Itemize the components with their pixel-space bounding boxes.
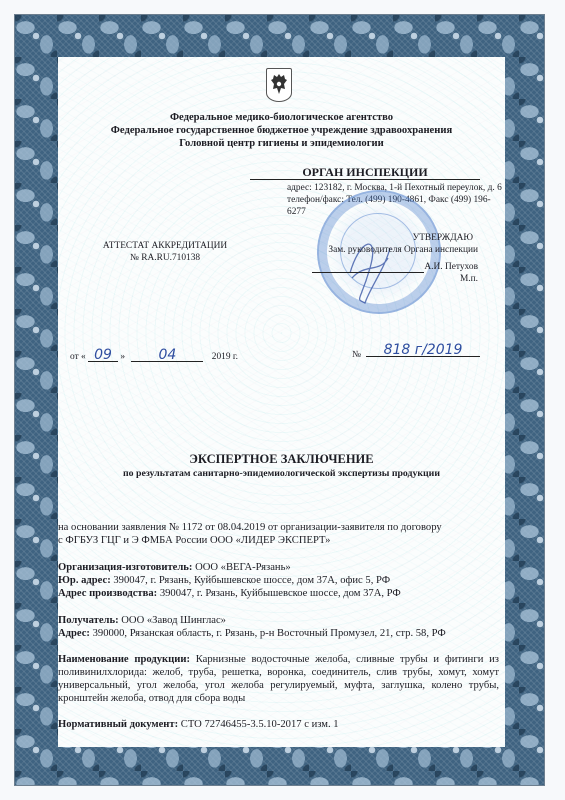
date-number-line: от « 09 » 04 2019 г. № 818 г/2019	[70, 349, 490, 363]
normative-label: Нормативный документ:	[58, 719, 178, 730]
manufacturer-label: Организация-изготовитель:	[58, 562, 192, 573]
document-page	[58, 57, 505, 747]
seal-mark: М.п.	[300, 273, 478, 285]
document-title-block: ЭКСПЕРТНОЕ ЗАКЛЮЧЕНИЕ по результатам сан…	[58, 452, 505, 480]
manufacturer-value: ООО «ВЕГА-Рязань»	[192, 562, 290, 573]
date-day: 09	[88, 349, 118, 362]
basis-line-2: с ФГБУЗ ГЦГ и Э ФМБА России ООО «ЛИДЕР Э…	[58, 534, 508, 547]
signature-line	[312, 272, 424, 273]
recipient-address-label: Адрес:	[58, 628, 90, 639]
center-name: Головной центр гигиены и эпидемиологии	[58, 137, 505, 150]
agency-header: Федеральное медико-биологическое агентст…	[58, 111, 505, 150]
normative-value: СТО 72746455-3.5.10-2017 с изм. 1	[178, 719, 338, 730]
signatory-name: А.И. Петухов	[424, 262, 478, 272]
document-title: ЭКСПЕРТНОЕ ЗАКЛЮЧЕНИЕ	[58, 452, 505, 467]
document-subtitle: по результатам санитарно-эпидемиологичес…	[58, 467, 505, 480]
date-year: 2019 г.	[212, 352, 238, 362]
coat-of-arms-icon	[266, 68, 292, 102]
date-mid: »	[120, 352, 125, 362]
accreditation-number: № RA.RU.710138	[80, 252, 250, 264]
recipient-value: ООО «Завод Шинглас»	[119, 615, 226, 626]
inspection-body-title: ОРГАН ИНСПЕКЦИИ	[250, 165, 480, 180]
manufacturer-block: Организация-изготовитель: ООО «ВЕГА-Ряза…	[58, 561, 508, 600]
product-label: Наименование продукции:	[58, 654, 190, 665]
recipient-label: Получатель:	[58, 615, 119, 626]
date-month: 04	[131, 349, 203, 362]
approval-block: УТВЕРЖДАЮ Зам. руководителя Органа инспе…	[300, 232, 478, 285]
accreditation-block: АТТЕСТАТ АККРЕДИТАЦИИ № RA.RU.710138	[80, 240, 250, 264]
basis-block: на основании заявления № 1172 от 08.04.2…	[58, 521, 508, 547]
normative-block: Нормативный документ: СТО 72746455-3.5.1…	[58, 718, 508, 731]
recipient-block: Получатель: ООО «Завод Шинглас» Адрес: 3…	[58, 614, 508, 640]
date-prefix: от «	[70, 352, 86, 362]
approval-heading: УТВЕРЖДАЮ	[300, 232, 478, 244]
product-block: Наименование продукции: Карнизные водост…	[58, 653, 499, 705]
accreditation-label: АТТЕСТАТ АККРЕДИТАЦИИ	[80, 240, 250, 252]
production-address-value: 390047, г. Рязань, Куйбышевское шоссе, д…	[157, 588, 401, 599]
legal-address-label: Юр. адрес:	[58, 575, 111, 586]
basis-line-1: на основании заявления № 1172 от 08.04.2…	[58, 521, 508, 534]
doc-number: 818 г/2019	[366, 344, 480, 357]
recipient-address-value: 390000, Рязанская область, г. Рязань, р-…	[90, 628, 446, 639]
approval-position: Зам. руководителя Органа инспекции	[300, 244, 478, 256]
institution-name: Федеральное государственное бюджетное уч…	[58, 124, 505, 137]
doc-number-label: №	[352, 349, 361, 361]
production-address-label: Адрес производства:	[58, 588, 157, 599]
agency-name: Федеральное медико-биологическое агентст…	[58, 111, 505, 124]
legal-address-value: 390047, г. Рязань, Куйбышевское шоссе, д…	[111, 575, 390, 586]
